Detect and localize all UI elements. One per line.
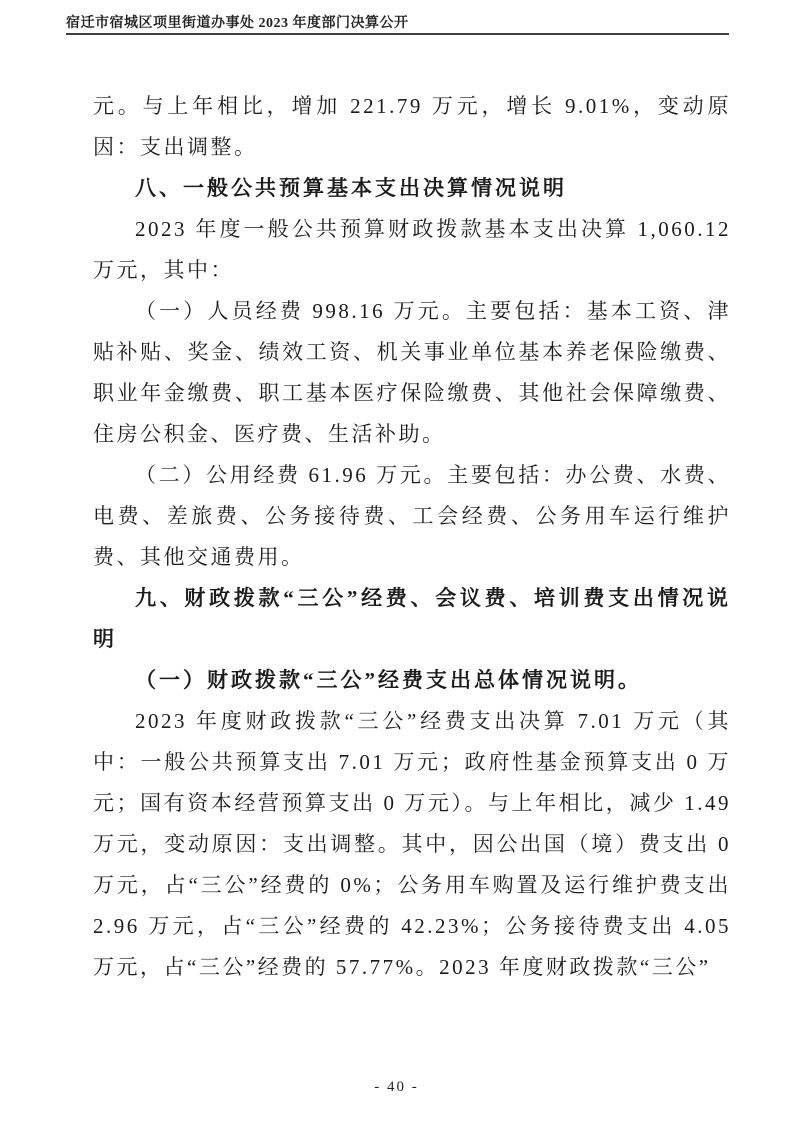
paragraph-basic-expenditure-total: 2023 年度一般公共预算财政拨款基本支出决算 1,060.12 万元，其中： bbox=[93, 209, 731, 291]
subsection-heading-9-1-overall: （一）财政拨款“三公”经费支出总体情况说明。 bbox=[93, 660, 731, 701]
page-number: - 40 - bbox=[374, 1079, 419, 1095]
header-divider bbox=[66, 33, 729, 35]
paragraph-three-public-expenses-detail: 2023 年度财政拨款“三公”经费支出决算 7.01 万元（其中：一般公共预算支… bbox=[93, 701, 731, 988]
document-body: 元。与上年相比，增加 221.79 万元，增长 9.01%，变动原因：支出调整。… bbox=[93, 86, 731, 988]
paragraph-personnel-funds: （一）人员经费 998.16 万元。主要包括：基本工资、津贴补贴、奖金、绩效工资… bbox=[93, 291, 731, 455]
continuation-paragraph: 元。与上年相比，增加 221.79 万元，增长 9.01%，变动原因：支出调整。 bbox=[93, 86, 731, 168]
section-heading-8-basic-expenditure: 八、一般公共预算基本支出决算情况说明 bbox=[93, 168, 731, 209]
document-page: 宿迁市宿城区项里街道办事处 2023 年度部门决算公开 元。与上年相比，增加 2… bbox=[0, 0, 793, 1122]
section-heading-9-three-public-expenses: 九、财政拨款“三公”经费、会议费、培训费支出情况说明 bbox=[93, 578, 731, 660]
paragraph-public-funds: （二）公用经费 61.96 万元。主要包括：办公费、水费、电费、差旅费、公务接待… bbox=[93, 455, 731, 578]
page-header: 宿迁市宿城区项里街道办事处 2023 年度部门决算公开 bbox=[66, 12, 729, 32]
page-footer: - 40 - bbox=[0, 1078, 793, 1096]
header-title: 宿迁市宿城区项里街道办事处 2023 年度部门决算公开 bbox=[66, 12, 729, 32]
